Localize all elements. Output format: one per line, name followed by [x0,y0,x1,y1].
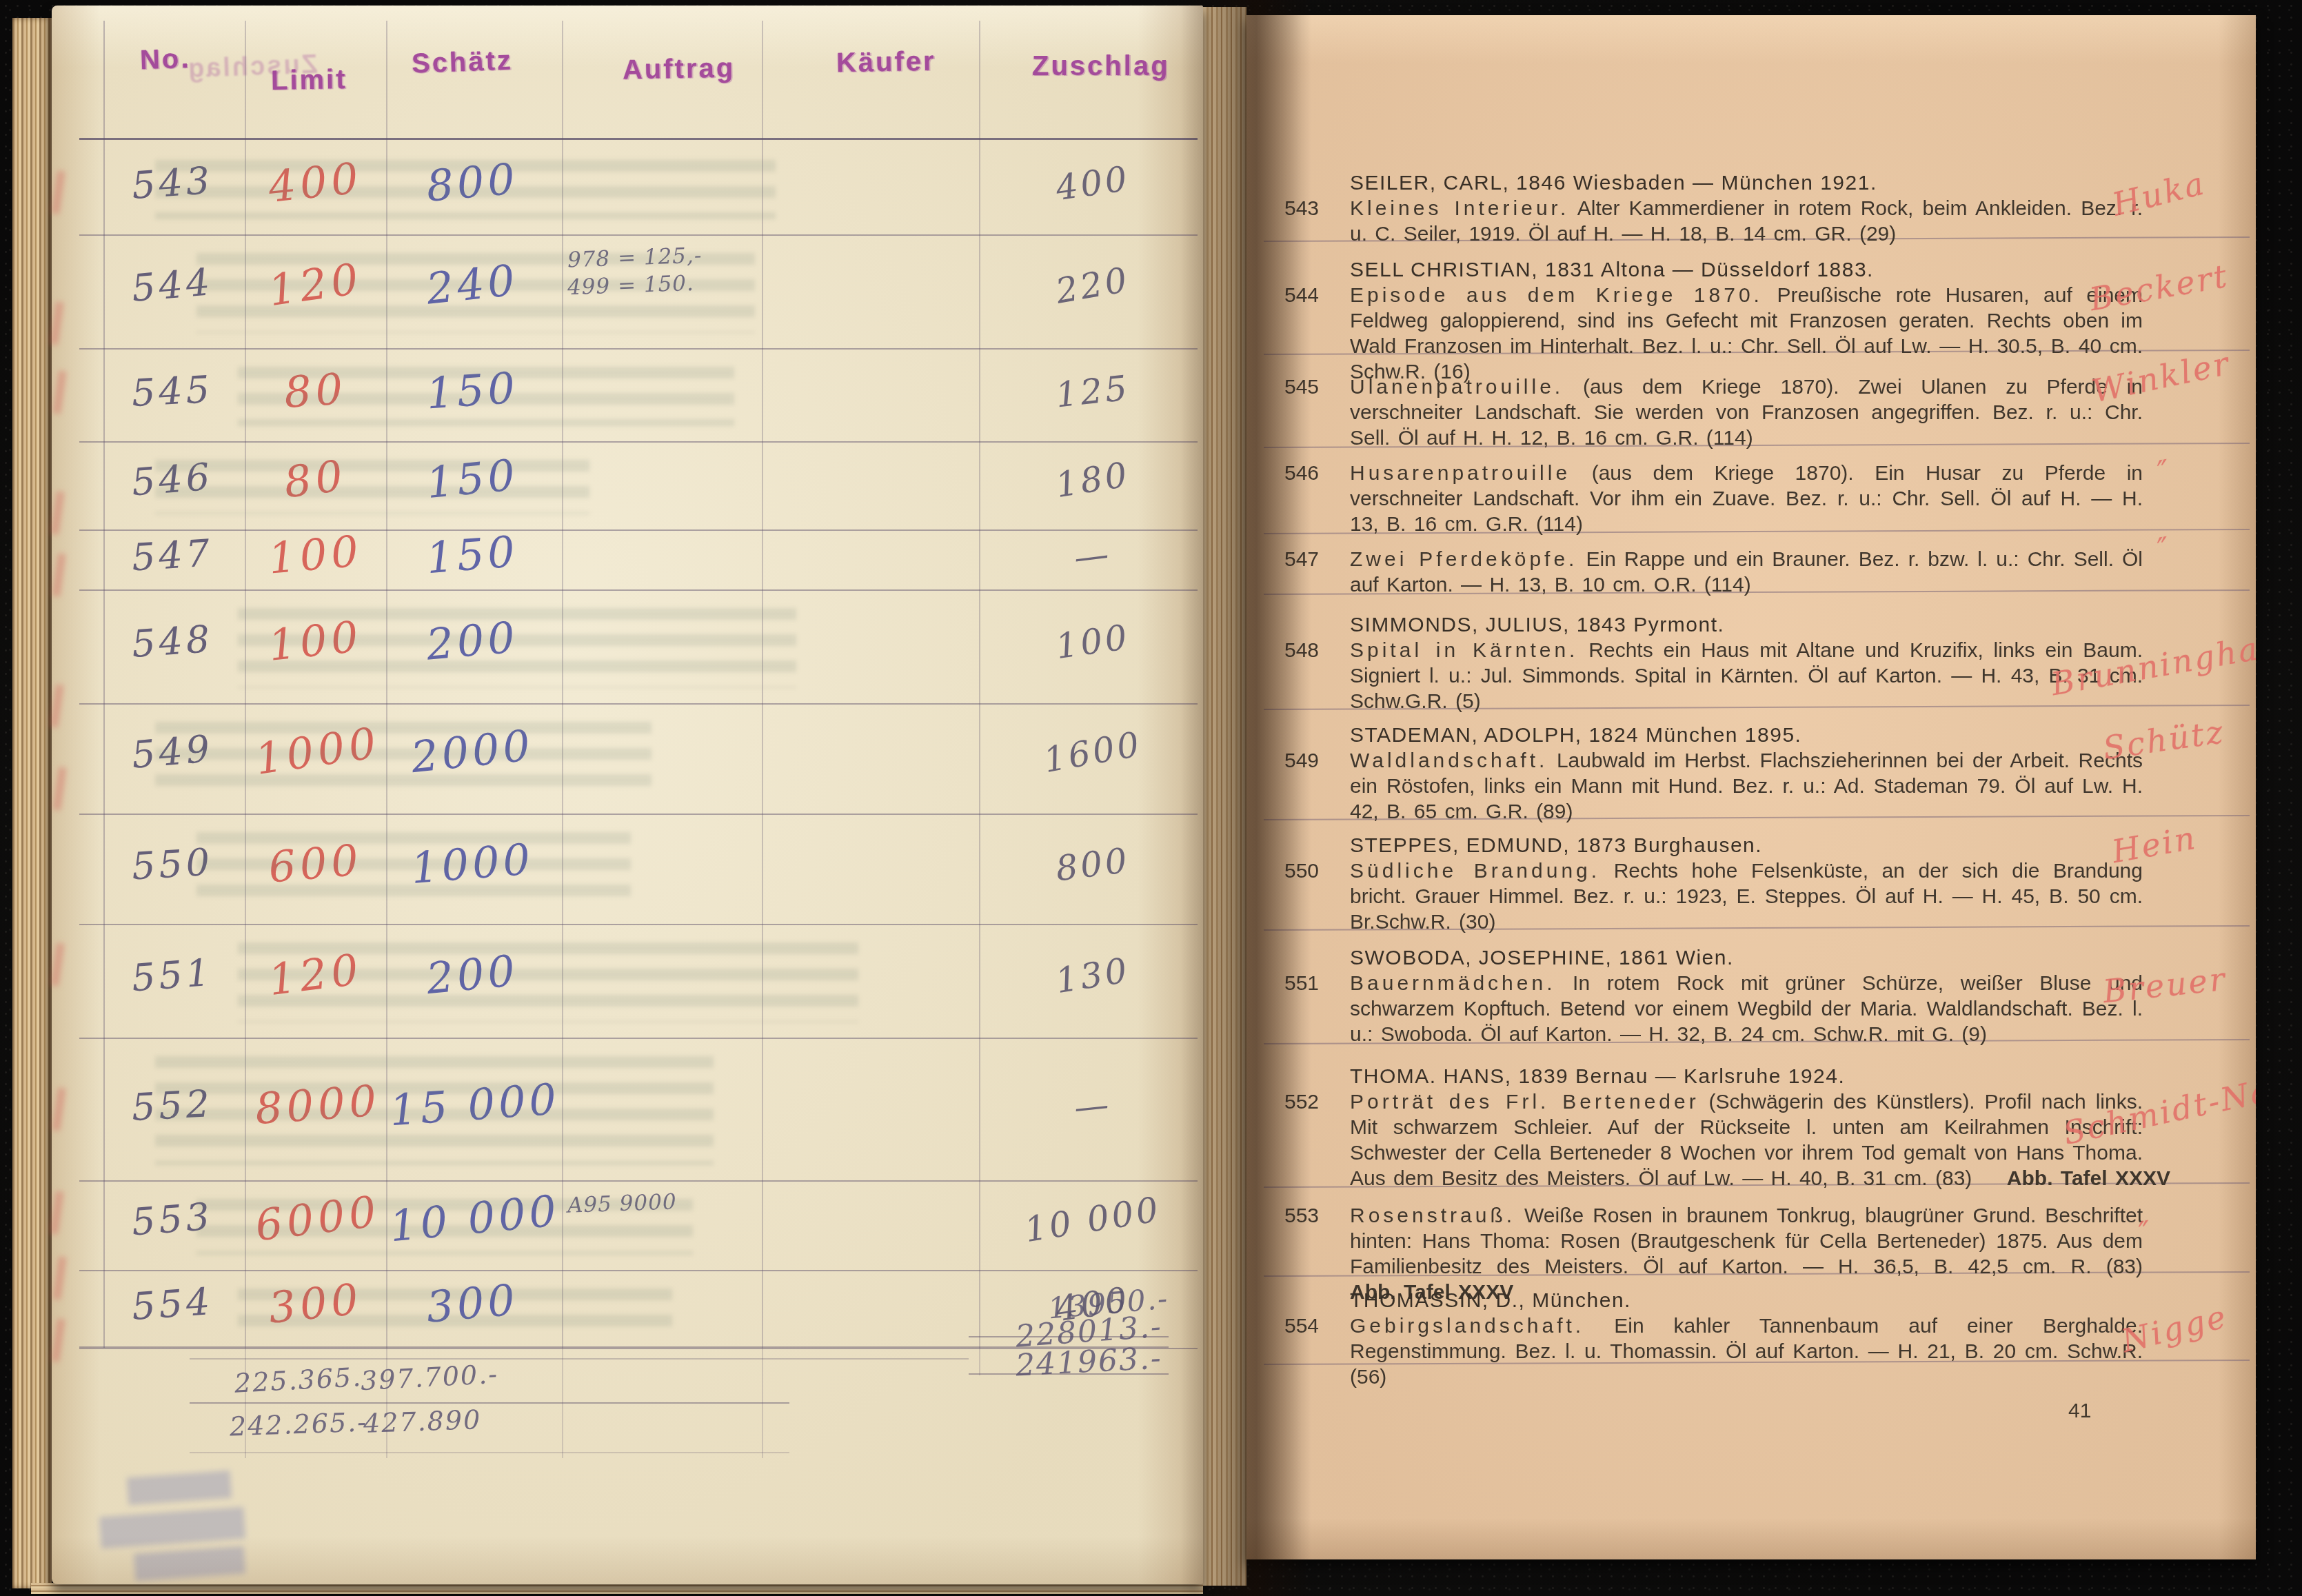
row-rule [79,814,1198,815]
row-rule [79,441,1198,443]
catalog-entry-lot: 549 [1284,748,1319,774]
ink-bleed-mark [99,1507,246,1549]
ledger-cell-zuschlag: 220 [1004,251,1181,321]
ledger-cell-no: 548 [116,616,229,667]
ghost-bleed-print [155,1050,714,1165]
total-schaetz-2: 427.890 [363,1404,482,1439]
catalog-entry-body: 547Zwei Pferdeköpfe. Ein Rappe und ein B… [1284,547,2143,598]
ink-bleed-mark [52,1319,65,1362]
row-rule [79,924,1198,925]
ghost-bleed-print [238,361,734,426]
ink-bleed-mark [51,943,65,987]
catalog-entry-title: Zwei Pferdeköpfe. [1350,548,1577,571]
catalog-entry-artist: THOMASSIN, D., München. [1284,1288,2177,1313]
catalog-entry-artist: THOMA. HANS, 1839 Bernau — Karlsruhe 192… [1284,1064,2177,1089]
catalog-entry-title: Husarenpatrouille [1350,462,1571,485]
catalog-entry-title: Kleines Interieur. [1350,197,1569,220]
column-line-extension [762,1348,763,1458]
column-line [979,21,980,1348]
catalog-entry-body: 551Bauernmädchen. In rotem Rock mit grün… [1284,971,2143,1047]
catalog-entry-body: 548Spital in Kärnten. Rechts ein Haus mi… [1284,638,2143,714]
catalog-entry: SWOBODA, JOSEPHINE, 1861 Wien.551Bauernm… [1284,945,2177,1047]
row-rule [79,589,1198,591]
ink-bleed-mark [50,685,64,728]
catalog-entry-lot: 554 [1284,1313,1319,1339]
ledger-cell-zuschlag: 130 [1004,942,1181,1009]
catalog-entry-body: 549Waldlandschaft. Laubwald im Herbst. F… [1284,748,2143,825]
catalog-entry: SIMMONDS, JULIUS, 1843 Pyrmont.548Spital… [1284,612,2177,714]
ghost-bleed-print [238,602,796,688]
column-header-limit: Limit [271,64,347,97]
catalog-entry-body: 554Gebirgslandschaft. Ein kahler Tannenb… [1284,1313,2143,1390]
catalog-entry-lot: 548 [1284,638,1319,663]
catalog-entry-artist: SEILER, CARL, 1846 Wiesbaden — München 1… [1284,170,2177,196]
row-rule [79,234,1198,236]
catalog-entry-lot: 552 [1284,1089,1319,1115]
catalog-entry: SEILER, CARL, 1846 Wiesbaden — München 1… [1284,170,2177,247]
catalog-entry: THOMASSIN, D., München.554Gebirgslandsch… [1284,1288,2177,1390]
ink-bleed-mark [51,492,65,535]
ledger-cell-zuschlag: 125 [1005,363,1181,421]
ledger-cell-zuschlag: 400 [1004,152,1181,215]
catalog-entry-title: Gebirgslandschaft. [1350,1315,1584,1337]
auction-ledger-scan: { "ledger": { "headers": { "no": "No.", … [0,0,2302,1596]
totals-rule-top [190,1358,969,1360]
column-header-schaetz: Schätz [411,45,513,79]
column-header-zuschlag: Zuschlag [1032,51,1170,82]
ghost-bleed-print [155,154,776,219]
catalog-entry-lot: 544 [1284,283,1319,308]
catalog-entry-body: 544Episode aus dem Kriege 1870. Preußisc… [1284,283,2143,385]
total-limit-2: 242.265.- [229,1407,367,1442]
ledger-page: Zuschlag No. Limit Schätz Auftrag Käufer… [52,6,1203,1584]
column-line-extension [245,1348,246,1458]
plate-reference: Abb. Tafel XXXV [2007,1166,2170,1191]
ghost-bleed-print [238,936,858,1022]
ledger-cell-zuschlag: 800 [1004,834,1180,895]
ink-bleed-mark [53,1257,67,1300]
catalog-entry-lot: 551 [1284,971,1319,996]
catalog-entry-body: 550Südliche Brandung. Rechts hohe Felsen… [1284,858,2143,935]
catalog-entry-artist: STADEMAN, ADOLPH, 1824 München 1895. [1284,723,2177,748]
column-header-no: No. [139,43,191,77]
catalog-entry-artist: SELL CHRISTIAN, 1831 Altona — Düsseldorf… [1284,257,2177,283]
catalog-entry-lot: 547 [1284,547,1319,572]
ghost-bleed-print [196,826,631,909]
catalog-entry-body: 543Kleines Interieur. Alter Kammerdiener… [1284,196,2143,247]
catalog-entry-artist: SIMMONDS, JULIUS, 1843 Pyrmont. [1284,612,2177,638]
zuschlag-total-rule-2 [969,1373,1169,1375]
catalog-entry-lot: 550 [1284,858,1319,884]
ledger-cell-no: 547 [116,530,229,580]
catalog-entry-body: 546Husarenpatrouille (aus dem Kriege 187… [1284,461,2143,537]
row-rule [79,348,1198,350]
ledger-cell-zuschlag: — [1004,525,1180,586]
header-rule [79,138,1198,140]
column-header-auftrag: Auftrag [623,53,736,86]
row-rule [79,529,1198,531]
catalog-entry: 545Ulanenpatrouille. (aus dem Kriege 187… [1284,374,2177,451]
book-page-edges-center [1203,7,1246,1586]
catalog-entry-title: Rosenstrauß. [1350,1204,1515,1227]
page-number: 41 [2068,1400,2091,1423]
column-line-extension [562,1348,563,1458]
ghost-bleed-print [196,1193,693,1255]
ink-bleed-mark [52,1088,66,1131]
catalog-entry-body: 552Porträt des Frl. Berteneder (Schwäger… [1284,1089,2143,1191]
totals-rule-mid [190,1402,789,1404]
ink-bleed-mark [53,767,67,811]
ghost-bleed-print [155,716,652,798]
buyer-margin-note: Hein [2109,819,2199,871]
row-rule [79,1270,1198,1271]
catalog-entry-title: Porträt des Frl. Berteneder [1350,1091,1699,1113]
ledger-cell-no: 554 [116,1278,229,1329]
catalog-entry-lot: 546 [1284,461,1319,486]
ink-bleed-mark [127,1471,232,1505]
ledger-cell-no: 551 [116,949,229,1001]
ink-bleed-mark [52,171,65,214]
catalog-entry-title: Spital in Kärnten. [1350,639,1578,662]
ink-bleed-mark [50,302,64,345]
catalog-entry-artist: STEPPES, EDMUND, 1873 Burghausen. [1284,833,2177,858]
row-rule [79,703,1198,705]
catalog-entry-title: Episode aus dem Kriege 1870. [1350,284,1763,307]
ledger-cell-limit: 100 [253,525,378,585]
catalog-entry: STADEMAN, ADOLPH, 1824 München 1895.549W… [1284,723,2177,825]
ledger-cell-zuschlag: 180 [1004,447,1181,513]
catalog-entry-title: Waldlandschaft. [1350,749,1548,772]
totals-rule-bottom [190,1452,789,1453]
ink-bleed-mark [50,1191,64,1235]
ledger-cell-schaetz: 150 [388,523,557,587]
catalog-entry-lot: 545 [1284,374,1319,400]
catalog-entry-title: Südliche Brandung. [1350,860,1600,882]
catalog-entry-lot: 553 [1284,1203,1319,1229]
row-rule [79,1180,1198,1182]
catalog-entry-title: Ulanenpatrouille. [1350,376,1564,398]
catalog-entry: 546Husarenpatrouille (aus dem Kriege 187… [1284,461,2177,537]
catalog-entry-lot: 543 [1284,196,1319,221]
ledger-cell-zuschlag: 10 000 [1004,1186,1181,1253]
catalog-entry: THOMA. HANS, 1839 Bernau — Karlsruhe 192… [1284,1064,2177,1191]
ledger-cell-zuschlag: 100 [1004,610,1181,674]
column-header-kaeufer: Käufer [836,46,936,79]
ink-bleed-mark [53,371,67,414]
ghost-bleed-print [238,1282,672,1333]
row-rule [79,1348,1198,1349]
zuschlag-total-rule-1 [969,1336,1169,1337]
catalog-page: 41 SEILER, CARL, 1846 Wiesbaden — Münche… [1246,15,2256,1559]
book-page-edges-bottom [31,1583,1203,1594]
column-line-extension [386,1348,387,1458]
total-limit-1: 225.365. [234,1362,363,1399]
row-rule [79,1038,1198,1039]
total-schaetz-1: 397.700.- [360,1359,499,1396]
ghost-bleed-print [196,247,755,333]
book-page-edges-left [12,18,52,1588]
catalog-entry-artist: SWOBODA, JOSEPHINE, 1861 Wien. [1284,945,2177,971]
catalog-entry: STEPPES, EDMUND, 1873 Burghausen.550Südl… [1284,833,2177,935]
ledger-cell-no: 545 [116,367,228,416]
catalog-entry: SELL CHRISTIAN, 1831 Altona — Düsseldorf… [1284,257,2177,385]
ledger-cell-zuschlag: — [1005,1077,1181,1135]
catalog-entry: 547Zwei Pferdeköpfe. Ein Rappe und ein B… [1284,547,2177,598]
catalog-entry-body: 545Ulanenpatrouille. (aus dem Kriege 187… [1284,374,2143,451]
ink-bleed-mark [52,554,66,597]
column-line-extension [979,1348,980,1375]
catalog-entry-title: Bauernmädchen. [1350,972,1556,995]
ghost-bleed-print [155,454,589,514]
column-line [103,21,105,1348]
ink-bleed-mark [134,1546,245,1581]
ledger-cell-zuschlag: 1600 [1004,718,1181,787]
